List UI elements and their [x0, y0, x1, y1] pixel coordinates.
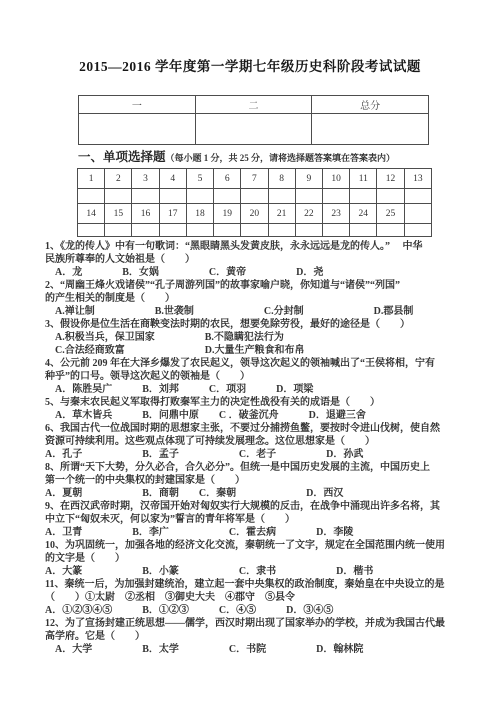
question-block: 3、假设你是位生活在商鞅变法时期的农民，想要免除劳役，最好的途径是（ ） A.积…	[45, 318, 497, 357]
score-table-body: 一二总分	[79, 96, 429, 145]
exam-page: 2015—2016 学年度第一学期七年级历史科阶段考试试题 一二总分 一、单项选…	[0, 0, 500, 707]
question-line: 11、秦统一后，为加强封建统治，建立起一套中央集权的政治制度，秦始皇在中央设立的…	[45, 578, 497, 591]
answer-grid-number-cell: 11	[350, 169, 377, 189]
question-block: 8、所谓“天下大势，分久必合，合久必分”。但统一是中国历史发展的主流，中国历史上…	[45, 461, 497, 500]
answer-grid-input-cell	[241, 224, 268, 237]
answer-grid-number-cell: 14	[78, 204, 105, 224]
answer-grid-number-cell: 24	[350, 204, 377, 224]
question-line: 民族所尊奉的人文始祖是（ ）	[45, 253, 497, 266]
question-line: 10、为巩固统一，加强各地的经济文化交流，秦朝统一了文字，规定在全国范围内统一使…	[45, 539, 497, 552]
answer-grid-number-cell: 22	[295, 204, 322, 224]
question-line: （ ）①太尉 ②丞相 ③御史大夫 ④郡守 ⑤县令	[45, 591, 497, 604]
question-line: A．龙 B．女娲 C．黄帝 D．尧	[45, 266, 497, 279]
score-input-cell	[195, 114, 312, 145]
answer-grid-number-cell: 17	[159, 204, 186, 224]
question-line: A．孔子 B．孟子 C．老子 D．孙武	[45, 448, 497, 461]
score-column-header: 总分	[312, 96, 429, 114]
question-line: 种乎”的口号。领导这次起义的领袖是（ ）	[45, 370, 497, 383]
question-line: A.禅让制 B.世袭制 C.分封制 D.郡县制	[45, 305, 497, 318]
answer-grid-input-cell	[322, 224, 349, 237]
question-line: A．卫青 B．李广 C．霍去病 D．李陵	[45, 526, 497, 539]
question-block: 11、秦统一后，为加强封建统治，建立起一套中央集权的政治制度，秦始皇在中央设立的…	[45, 578, 497, 617]
answer-grid-input-cell	[322, 189, 349, 204]
answer-grid-number-cell: 9	[295, 169, 322, 189]
section-title: 一、单项选择题	[78, 150, 166, 164]
question-line: A．大篆 B．小篆 C．隶书 D．楷书	[45, 565, 497, 578]
answer-grid-input-cell	[241, 189, 268, 204]
question-line: 高学府。它是（ ）	[45, 630, 497, 643]
score-input-cell	[79, 114, 196, 145]
score-column-header: 一	[79, 96, 196, 114]
answer-grid-input-cell	[268, 189, 295, 204]
answer-grid-input-cell	[105, 189, 132, 204]
question-line: A．夏朝 B．商朝 C．秦朝 D．西汉	[45, 487, 497, 500]
answer-grid-number-cell: 10	[322, 169, 349, 189]
answer-grid-input-cell	[132, 224, 159, 237]
question-block: 6、我国古代一位战国时期的思想家主张，不要过分捕捞鱼鳖，要按时令进山伐树，使自然…	[45, 422, 497, 461]
score-column-header: 二	[195, 96, 312, 114]
answer-grid-number-cell: 21	[268, 204, 295, 224]
section-note: （每小题 1 分，共 25 分，请将选择题答案填在答案表内）	[166, 153, 396, 163]
answer-grid-input-cell	[78, 189, 105, 204]
question-block: 5、与秦末农民起义军取得打败秦军主力的决定性战役有关的成语是（ ） A．草木皆兵…	[45, 396, 497, 422]
answer-grid-input-cell	[159, 224, 186, 237]
score-input-cell	[312, 114, 429, 145]
answer-grid-blank-cell	[404, 204, 431, 224]
answer-grid-number-cell: 6	[214, 169, 241, 189]
exam-title: 2015—2016 学年度第一学期七年级历史科阶段考试试题	[0, 55, 500, 75]
answer-grid-input-cell	[377, 189, 404, 204]
question-line: A．大学 B．太学 C．书院 D．翰林院	[45, 643, 497, 656]
question-line: A．草木皆兵 B．问鼎中原 C ．破釜沉舟 D．退避三舍	[45, 409, 497, 422]
answer-grid-number-cell: 8	[268, 169, 295, 189]
answer-grid-input-cell	[350, 224, 377, 237]
answer-grid-input-cell	[105, 224, 132, 237]
answer-grid-number-cell: 16	[132, 204, 159, 224]
answer-grid-input-cell	[214, 189, 241, 204]
question-line: 12、为了宣扬封建正统思想——儒学，西汉时期出现了国家举办的学校，并成为我国古代…	[45, 617, 497, 630]
question-block: 9、在西汉武帝时期，汉帝国开始对匈奴实行大规模的反击，在战争中涌现出许多名将，其…	[45, 500, 497, 539]
question-block: 2、“周幽王烽火戏诸侯”“孔子周游列国”的故事家喻户晓，你知道与“诸侯”“列国”…	[45, 279, 497, 318]
question-line: 6、我国古代一位战国时期的思想家主张，不要过分捕捞鱼鳖，要按时令进山伐树，使自然	[45, 422, 497, 435]
question-line: 1、《龙的传人》中有一句歌词：“黑眼睛黑头发黄皮肤，永永远远是龙的传人。” 中华	[45, 240, 497, 253]
answer-grid-number-cell: 3	[132, 169, 159, 189]
question-line: 4、公元前 209 年在大泽乡爆发了农民起义，领导这次起义的领袖喊出了“王侯将相…	[45, 357, 497, 370]
question-line: 资源可持续利用。这些观点体现了可持续发展理念。这位思想家是（ ）	[45, 435, 497, 448]
answer-grid-number-cell: 7	[241, 169, 268, 189]
answer-grid-body: 1234567891011121314151617181920212223242…	[78, 169, 432, 237]
question-block: 10、为巩固统一，加强各地的经济文化交流，秦朝统一了文字，规定在全国范围内统一使…	[45, 539, 497, 578]
question-line: 的文字是（ ）	[45, 552, 497, 565]
answer-grid-number-cell: 1	[78, 169, 105, 189]
question-block: 12、为了宣扬封建正统思想——儒学，西汉时期出现了国家举办的学校，并成为我国古代…	[45, 617, 497, 656]
question-line: 9、在西汉武帝时期，汉帝国开始对匈奴实行大规模的反击，在战争中涌现出许多名将，其	[45, 500, 497, 513]
answer-grid-number-cell: 13	[404, 169, 431, 189]
answer-grid-input-cell	[186, 189, 213, 204]
answer-grid-input-cell	[186, 224, 213, 237]
question-line: 3、假设你是位生活在商鞅变法时期的农民，想要免除劳役，最好的途径是（ ）	[45, 318, 497, 331]
answer-grid-number-cell: 19	[214, 204, 241, 224]
answer-grid-input-cell	[132, 189, 159, 204]
answer-grid-input-cell	[78, 224, 105, 237]
answer-grid-input-cell	[295, 189, 322, 204]
answer-grid: 1234567891011121314151617181920212223242…	[77, 168, 432, 237]
score-table: 一二总分	[78, 95, 429, 145]
section-heading: 一、单项选择题（每小题 1 分，共 25 分，请将选择题答案填在答案表内）	[78, 147, 395, 166]
answer-grid-input-cell	[350, 189, 377, 204]
answer-grid-number-cell: 18	[186, 204, 213, 224]
answer-grid-input-cell	[159, 189, 186, 204]
answer-grid-number-cell: 20	[241, 204, 268, 224]
answer-grid-input-cell	[377, 224, 404, 237]
question-line: 8、所谓“天下大势，分久必合，合久必分”。但统一是中国历史发展的主流，中国历史上	[45, 461, 497, 474]
answer-grid-input-cell	[268, 224, 295, 237]
answer-grid-number-cell: 23	[322, 204, 349, 224]
question-line: 5、与秦末农民起义军取得打败秦军主力的决定性战役有关的成语是（ ）	[45, 396, 497, 409]
answer-grid-input-cell	[214, 224, 241, 237]
answer-grid-number-cell: 2	[105, 169, 132, 189]
question-line: 中立下“匈奴未灭，何以家为”誓言的青年将军是（ ）	[45, 513, 497, 526]
question-block: 1、《龙的传人》中有一句歌词：“黑眼睛黑头发黄皮肤，永永远远是龙的传人。” 中华…	[45, 240, 497, 279]
answer-grid-input-cell	[404, 189, 431, 204]
answer-grid-number-cell: 12	[377, 169, 404, 189]
question-line: 2、“周幽王烽火戏诸侯”“孔子周游列国”的故事家喻户晓，你知道与“诸侯”“列国”	[45, 279, 497, 292]
question-list: 1、《龙的传人》中有一句歌词：“黑眼睛黑头发黄皮肤，永永远远是龙的传人。” 中华…	[45, 240, 497, 656]
question-line: C.合法经商致富 D.大量生产粮食和布帛	[45, 344, 497, 357]
question-line: A．陈胜吴广 B．刘邦 C．项羽 D．项梁	[45, 383, 497, 396]
answer-grid-input-cell	[295, 224, 322, 237]
answer-grid-number-cell: 15	[105, 204, 132, 224]
answer-grid-input-cell	[404, 224, 431, 237]
question-line: 第一个统一的中央集权的封建国家是（ ）	[45, 474, 497, 487]
question-line: A.积极当兵，保卫国家 B.不隐瞒犯法行为	[45, 331, 497, 344]
question-block: 4、公元前 209 年在大泽乡爆发了农民起义，领导这次起义的领袖喊出了“王侯将相…	[45, 357, 497, 396]
answer-grid-number-cell: 25	[377, 204, 404, 224]
answer-grid-number-cell: 5	[186, 169, 213, 189]
question-line: A．①②③④⑤ B．①②③ C．④⑤ D．③④⑤	[45, 604, 497, 617]
question-line: 的产生相关的制度是（ ）	[45, 292, 497, 305]
answer-grid-number-cell: 4	[159, 169, 186, 189]
